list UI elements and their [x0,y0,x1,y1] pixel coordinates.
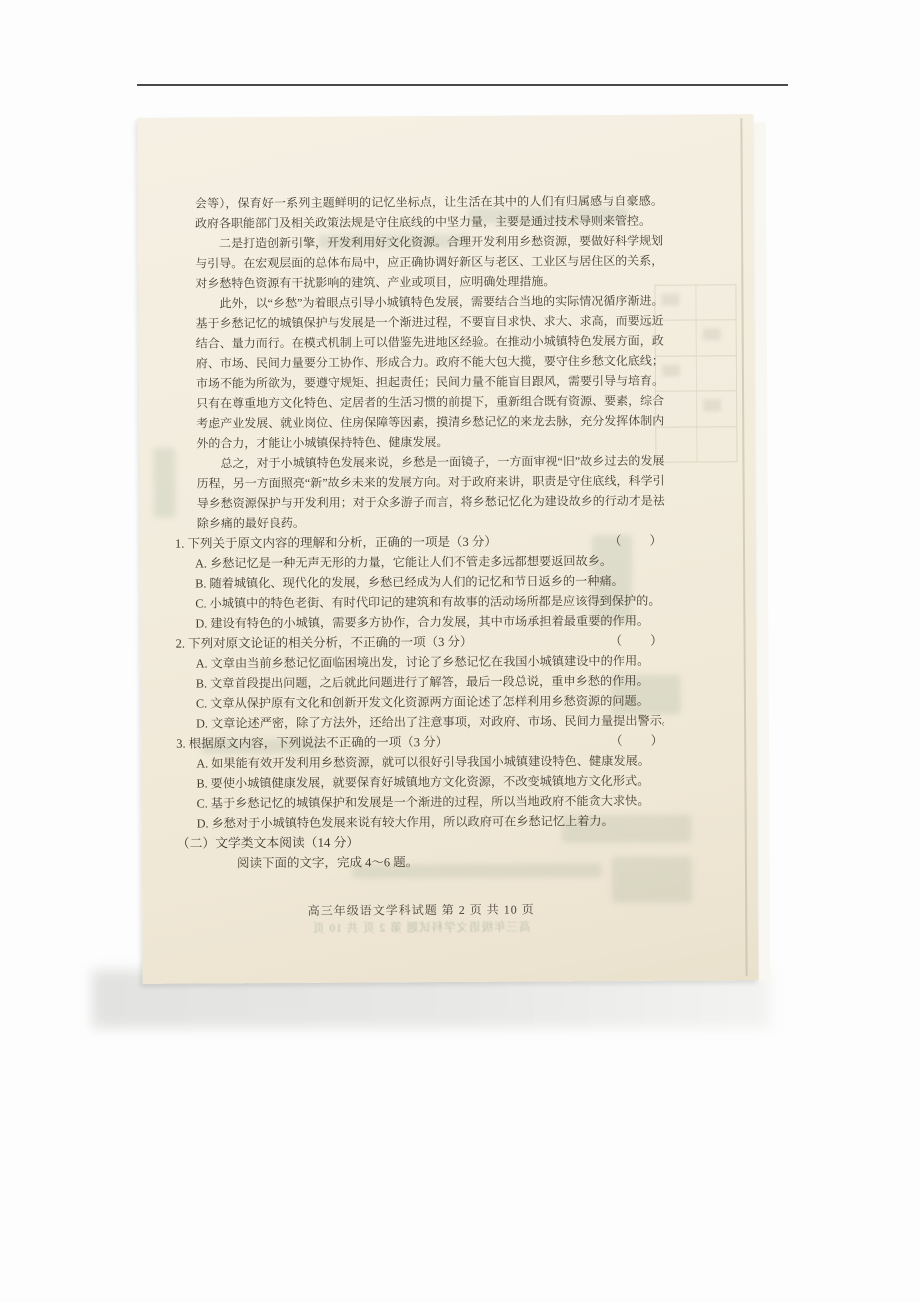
scan-top-rule [137,84,788,86]
bleed-through-smudge [702,329,720,341]
passage-paragraph: 会等），保育好一系列主题鲜明的记忆坐标点，让生活在其中的人们有归属感与自豪感。政… [195,191,663,234]
answer-bracket: （ ） [610,731,664,751]
question-stem-text: 1. 下列关于原文内容的理解和分析，正确的一项是（3 分） [175,532,497,554]
passage-paragraph: 此外，以“乡愁”为着眼点引导小城镇特色发展，需要结合当地的实际情况循序渐进。基于… [195,291,664,454]
passage-paragraph: 总之，对于小城镇特色发展来说，乡愁是一面镜子，一方面审视“旧”故乡过去的发展历程… [196,451,664,534]
score-table-row [656,321,736,357]
answer-bracket: （ ） [609,531,663,551]
question-stem-text: 3. 根据原文内容，下列说法不正确的一项（3 分） [176,732,448,754]
passage-paragraph: 二是打造创新引擎，开发利用好文化资源。合理开发利用乡愁资源，要做好科学规划与引导… [195,231,663,294]
question-1: 1. 下列关于原文内容的理解和分析，正确的一项是（3 分） （ ） A. 乡愁记… [175,531,664,634]
score-table-row [656,427,736,462]
bleed-through-score-table [654,284,737,462]
page-fold-line [740,118,747,976]
exam-paper-page: 会等），保育好一系列主题鲜明的记忆坐标点，让生活在其中的人们有归属感与自豪感。政… [137,114,758,984]
page-text-column: 会等），保育好一系列主题鲜明的记忆坐标点，让生活在其中的人们有归属感与自豪感。政… [173,191,666,938]
question-option-d: D. 建设有特色的小城镇，需要多方协作，合力发展，其中市场承担着最重要的作用。 [195,611,663,634]
score-table-row [656,391,736,427]
reading-passage: 会等），保育好一系列主题鲜明的记忆坐标点，让生活在其中的人们有归属感与自豪感。政… [173,191,663,534]
question-option-d: D. 文章论述严密，除了方法外，还给出了注意事项，对政府、市场、民间力量提出警示… [196,711,664,734]
bleed-through-footer-text: 高三年级语文学科试题 第 2 页 共 10 页 [177,919,665,938]
score-table-row [655,285,735,321]
question-2: 2. 下列对原文论证的相关分析，不正确的一项（3 分） （ ） A. 文章由当前… [176,631,665,734]
bleed-through-smudge [153,448,175,518]
bleed-through-smudge [703,400,721,412]
bleed-through-smudge [661,294,679,306]
bleed-through-smudge [662,364,680,376]
score-table-row [656,356,736,392]
question-3: 3. 根据原文内容，下列说法不正确的一项（3 分） （ ） A. 如果能有效开发… [176,731,665,834]
reading-instruction: 阅读下面的文字，完成 4～6 题。 [237,851,665,874]
question-option-d: D. 乡愁对于小城镇特色发展来说有较大作用，所以政府可在乡愁记忆上着力。 [197,811,665,834]
question-stem-text: 2. 下列对原文论证的相关分析，不正确的一项（3 分） [176,632,473,654]
answer-bracket: （ ） [609,631,663,651]
scanned-exam-photo: 会等），保育好一系列主题鲜明的记忆坐标点，让生活在其中的人们有归属感与自豪感。政… [0,0,920,1302]
